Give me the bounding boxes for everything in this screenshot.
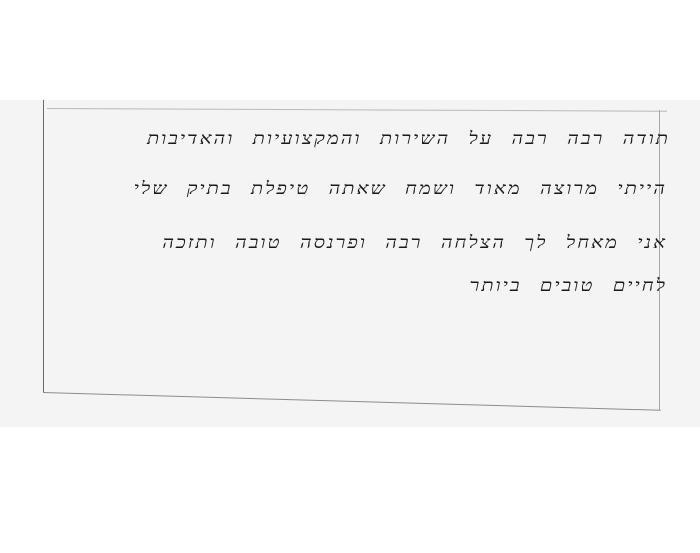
frame-border-right <box>659 110 660 410</box>
frame-border-left <box>43 100 44 393</box>
note-line: הייתי מרוצה מאוד ושמח שאתה טיפלת בתיק של… <box>134 178 667 199</box>
note-line: לחיים טובים ביותר <box>470 275 667 296</box>
note-line: תודה רבה רבה על השירות והמקצועיות והאדיב… <box>147 128 670 149</box>
note-line: אני מאחל לך הצלחה רבה ופרנסה טובה ותזכה <box>162 232 667 253</box>
